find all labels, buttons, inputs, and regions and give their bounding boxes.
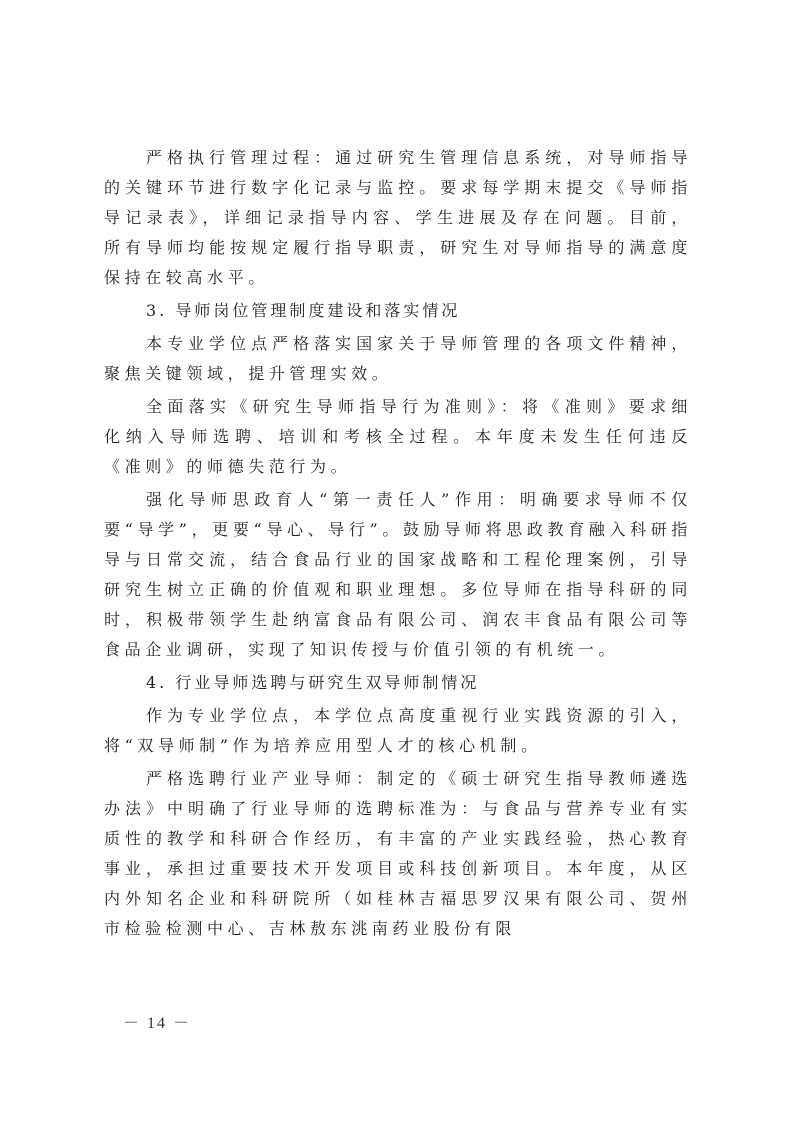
section-heading-4: 4. 行业导师选聘与研究生双导师制情况 xyxy=(104,668,692,698)
paragraph-management-process: 严格执行管理过程：通过研究生管理信息系统，对导师指导的关键环节进行数字化记录与监… xyxy=(104,143,692,293)
section-heading-3: 3. 导师岗位管理制度建设和落实情况 xyxy=(104,296,692,326)
document-body: 严格执行管理过程：通过研究生管理信息系统，对导师指导的关键环节进行数字化记录与监… xyxy=(104,143,692,947)
paragraph-section3-intro: 本专业学位点严格落实国家关于导师管理的各项文件精神，聚焦关键领域，提升管理实效。 xyxy=(104,329,692,389)
paragraph-section4-intro: 作为专业学位点，本学位点高度重视行业实践资源的引入，将“双导师制”作为培养应用型… xyxy=(104,701,692,761)
paragraph-industry-mentor-selection: 严格选聘行业产业导师：制定的《硕士研究生指导教师遴选办法》中明确了行业导师的选聘… xyxy=(104,764,692,944)
page-number: － 14 － xyxy=(123,1010,191,1033)
paragraph-code-of-conduct: 全面落实《研究生导师指导行为准则》：将《准则》要求细化纳入导师选聘、培训和考核全… xyxy=(104,392,692,482)
paragraph-ideological-education: 强化导师思政育人“第一责任人”作用：明确要求导师不仅要“导学”，更要“导心、导行… xyxy=(104,485,692,665)
